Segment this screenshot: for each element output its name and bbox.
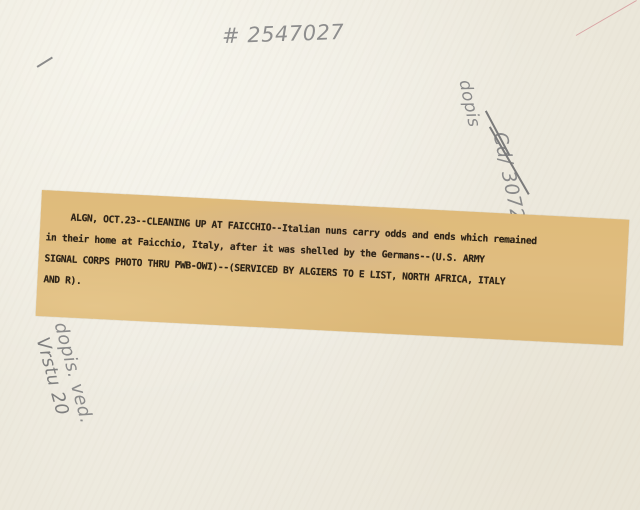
caption-text: ALGN, OCT.23--CLEANING UP AT FAICCHIO--I… [43,206,622,319]
archive-number: # 2547027 [222,20,345,48]
